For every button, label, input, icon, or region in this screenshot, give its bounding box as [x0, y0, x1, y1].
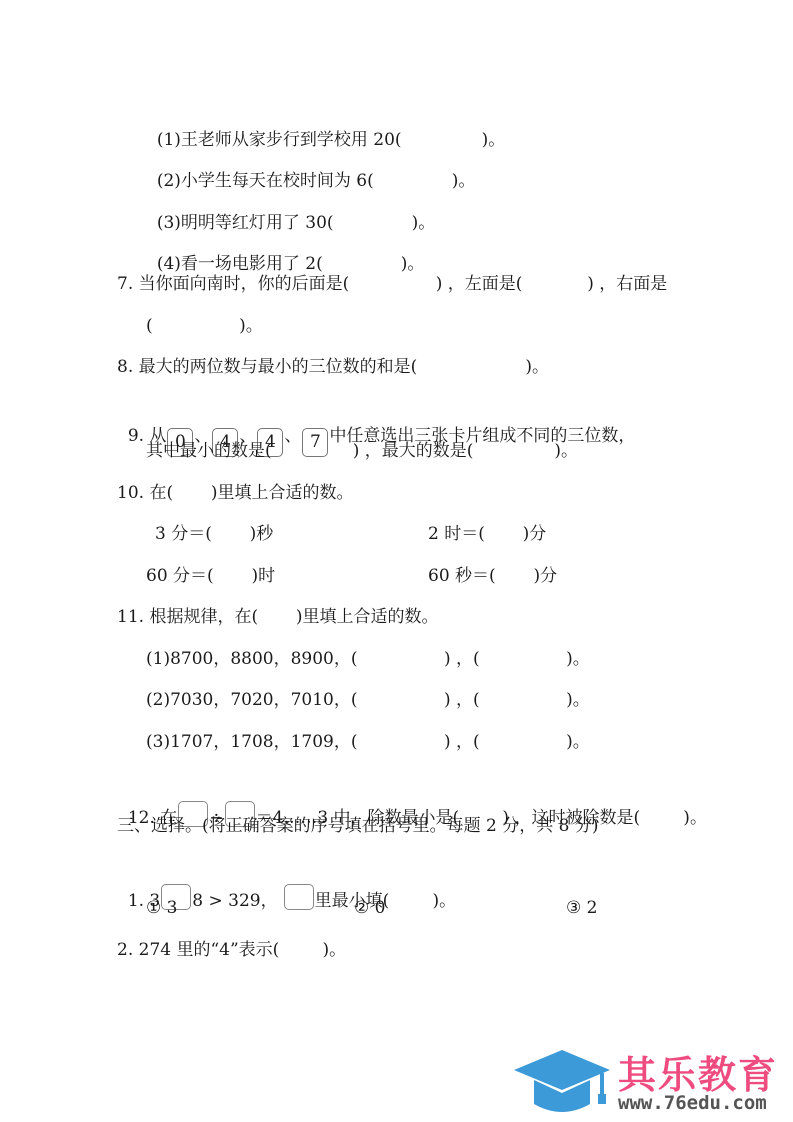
q9-line-2: 其中最小的数是( ) ，最大的数是( )。	[146, 440, 578, 462]
q6-item-3: (3)明明等红灯用了 30()。	[146, 190, 435, 234]
q6-item-1-end: )。	[482, 130, 506, 150]
q11-item-2: (2)7030，7020，7010，( ) ，( )。	[146, 689, 590, 711]
blank-box[interactable]	[284, 884, 314, 910]
q6-item-4: (4)看一场电影用了 2()。	[146, 231, 424, 275]
q10-item-4: 60 秒＝( )分	[428, 565, 557, 587]
choice-1-mid: 8 > 329，	[192, 891, 277, 911]
q6-item-2-text: (2)小学生每天在校时间为 6(	[157, 171, 374, 191]
q6-item-3-text: (3)明明等红灯用了 30(	[157, 213, 334, 233]
q6-item-1-text: (1)王老师从家步行到学校用 20(	[157, 130, 402, 150]
q10-item-1: 3 分＝( )秒	[155, 523, 273, 545]
q11-item-3: (3)1707，1708，1709，( ) ，( )。	[146, 731, 590, 753]
brand-url: www.76edu.com	[618, 1092, 767, 1114]
q6-item-1: (1)王老师从家步行到学校用 20()。	[146, 107, 505, 151]
graduation-cap-icon	[512, 1048, 612, 1116]
q8-text: 8. 最大的两位数与最小的三位数的和是( )。	[117, 356, 549, 378]
choice-1-option-3[interactable]: ③ 2	[566, 897, 597, 919]
watermark-logo: 其乐教育 www.76edu.com	[510, 1040, 790, 1115]
q6-item-4-end: )。	[401, 254, 425, 274]
q7-line-2: ( )。	[146, 315, 263, 337]
q6-item-2-end: )。	[452, 171, 476, 191]
q11-title: 11. 根据规律，在( )里填上合适的数。	[117, 606, 439, 628]
q6-item-2: (2)小学生每天在校时间为 6()。	[146, 148, 475, 192]
q10-title: 10. 在( )里填上合适的数。	[117, 482, 354, 504]
choice-2-question: 2. 274 里的“4”表示( )。	[117, 939, 346, 961]
q6-item-4-text: (4)看一场电影用了 2(	[157, 254, 323, 274]
q7-line-1: 7. 当你面向南时，你的后面是( ) ，左面是( ) ，右面是	[117, 273, 667, 295]
q6-item-3-end: )。	[412, 213, 436, 233]
q10-item-3: 60 分＝( )时	[146, 565, 275, 587]
q10-item-2: 2 时＝( )分	[428, 523, 546, 545]
brand-name: 其乐教育	[618, 1044, 778, 1099]
section-3-title: 三、选择。(将正确答案的序号填在括号里。每题 2 分，共 8 分)	[117, 815, 599, 837]
choice-1-option-2[interactable]: ② 0	[354, 897, 385, 919]
choice-1-option-1[interactable]: ① 3	[146, 897, 177, 919]
q11-item-1: (1)8700，8800，8900，( ) ，( )。	[146, 648, 590, 670]
